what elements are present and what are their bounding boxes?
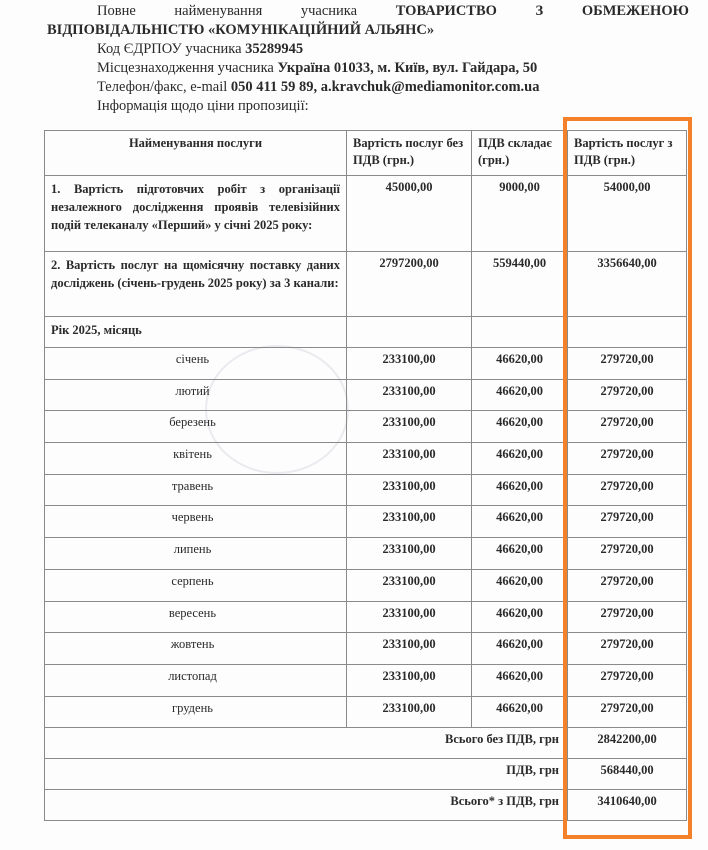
total-value: 568440,00 — [568, 759, 687, 790]
table-row-total: Всього* з ПДВ, грн3410640,00 — [45, 790, 687, 821]
month-net: 233100,00 — [347, 569, 472, 601]
month-vat: 46620,00 — [472, 696, 568, 728]
month-vat: 46620,00 — [472, 569, 568, 601]
month-gross: 279720,00 — [568, 601, 687, 633]
location-value: Україна 01033, м. Київ, вул. Гайдара, 50 — [277, 60, 537, 76]
month-vat: 46620,00 — [472, 506, 568, 538]
table-row-month: травень233100,0046620,00279720,00 — [45, 474, 687, 506]
full-name-line-1: Повне найменування учасника ТОВАРИСТВО З… — [97, 2, 689, 21]
service-name: 2. Вартість послуг на щомісячну поставку… — [45, 252, 347, 317]
month-vat: 46620,00 — [472, 664, 568, 696]
month-net: 233100,00 — [347, 633, 472, 665]
month-gross: 279720,00 — [568, 538, 687, 570]
table-row-month: січень233100,0046620,00279720,00 — [45, 348, 687, 380]
table-row-month: червень233100,0046620,00279720,00 — [45, 506, 687, 538]
month-net: 233100,00 — [347, 506, 472, 538]
month-name: липень — [45, 538, 347, 570]
service-net: 2797200,00 — [347, 252, 472, 317]
month-net: 233100,00 — [347, 474, 472, 506]
full-name-value-word: ТОВАРИСТВО — [396, 2, 497, 21]
table-row-month: квітень233100,0046620,00279720,00 — [45, 443, 687, 475]
month-net: 233100,00 — [347, 411, 472, 443]
month-gross: 279720,00 — [568, 696, 687, 728]
month-gross: 279720,00 — [568, 569, 687, 601]
year-label: Рік 2025, місяць — [45, 317, 347, 348]
service-vat: 9000,00 — [472, 176, 568, 252]
month-gross: 279720,00 — [568, 506, 687, 538]
full-name-label-word: учасника — [301, 2, 357, 21]
table-row-month: лютий233100,0046620,00279720,00 — [45, 379, 687, 411]
price-info-label: Інформація щодо ціни пропозиції: — [97, 97, 309, 116]
month-vat: 46620,00 — [472, 601, 568, 633]
month-net: 233100,00 — [347, 664, 472, 696]
total-label: ПДВ, грн — [45, 759, 568, 790]
full-name-value-word: З — [536, 2, 544, 21]
empty-cell — [472, 317, 568, 348]
empty-cell — [347, 317, 472, 348]
edrpou-label: Код ЄДРПОУ учасника — [97, 41, 245, 57]
month-gross: 279720,00 — [568, 379, 687, 411]
table-row-month: листопад233100,0046620,00279720,00 — [45, 664, 687, 696]
month-name: січень — [45, 348, 347, 380]
month-name: лютий — [45, 379, 347, 411]
month-vat: 46620,00 — [472, 348, 568, 380]
month-gross: 279720,00 — [568, 664, 687, 696]
month-name: вересень — [45, 601, 347, 633]
service-vat: 559440,00 — [472, 252, 568, 317]
table-header-row: Найменування послуги Вартість послуг без… — [45, 131, 687, 176]
empty-cell — [568, 317, 687, 348]
table-row-total: ПДВ, грн568440,00 — [45, 759, 687, 790]
service-name: 1. Вартість підготовчих робіт з організа… — [45, 176, 347, 252]
month-gross: 279720,00 — [568, 348, 687, 380]
month-vat: 46620,00 — [472, 411, 568, 443]
table-row-month: вересень233100,0046620,00279720,00 — [45, 601, 687, 633]
month-gross: 279720,00 — [568, 443, 687, 475]
month-vat: 46620,00 — [472, 538, 568, 570]
table-row-month: грудень233100,0046620,00279720,00 — [45, 696, 687, 728]
table-row-month: серпень233100,0046620,00279720,00 — [45, 569, 687, 601]
col-header-gross: Вартість послуг з ПДВ (грн.) — [568, 131, 687, 176]
month-vat: 46620,00 — [472, 379, 568, 411]
month-name: березень — [45, 411, 347, 443]
service-gross: 54000,00 — [568, 176, 687, 252]
edrpou-line: Код ЄДРПОУ учасника 35289945 — [97, 40, 303, 59]
month-net: 233100,00 — [347, 696, 472, 728]
total-value: 3410640,00 — [568, 790, 687, 821]
service-gross: 3356640,00 — [568, 252, 687, 317]
month-name: червень — [45, 506, 347, 538]
full-name-label-word: Повне — [97, 2, 136, 21]
full-name-value: ВІДПОВІДАЛЬНІСТЮ «КОМУНІКАЦІЙНИЙ АЛЬЯНС» — [47, 22, 434, 38]
edrpou-value: 35289945 — [245, 41, 303, 57]
month-net: 233100,00 — [347, 379, 472, 411]
month-gross: 279720,00 — [568, 411, 687, 443]
month-net: 233100,00 — [347, 538, 472, 570]
table-row-year: Рік 2025, місяць — [45, 317, 687, 348]
total-label: Всього без ПДВ, грн — [45, 728, 568, 759]
month-gross: 279720,00 — [568, 633, 687, 665]
month-name: листопад — [45, 664, 347, 696]
month-name: травень — [45, 474, 347, 506]
location-line: Місцезнаходження учасника Україна 01033,… — [97, 59, 537, 78]
month-name: квітень — [45, 443, 347, 475]
month-net: 233100,00 — [347, 601, 472, 633]
contact-label: Телефон/факс, e-mail — [97, 79, 231, 95]
col-header-service-name: Найменування послуги — [45, 131, 347, 176]
month-name: серпень — [45, 569, 347, 601]
month-vat: 46620,00 — [472, 633, 568, 665]
table-row-total: Всього без ПДВ, грн2842200,00 — [45, 728, 687, 759]
month-net: 233100,00 — [347, 348, 472, 380]
table-body: 1. Вартість підготовчих робіт з організа… — [45, 176, 687, 821]
table-row-month: липень233100,0046620,00279720,00 — [45, 538, 687, 570]
full-name-label-word: найменування — [174, 2, 262, 21]
table-row-month: березень233100,0046620,00279720,00 — [45, 411, 687, 443]
month-vat: 46620,00 — [472, 474, 568, 506]
full-name-line-2: ВІДПОВІДАЛЬНІСТЮ «КОМУНІКАЦІЙНИЙ АЛЬЯНС» — [47, 21, 434, 40]
service-net: 45000,00 — [347, 176, 472, 252]
month-name: грудень — [45, 696, 347, 728]
col-header-vat: ПДВ складає (грн.) — [472, 131, 568, 176]
month-net: 233100,00 — [347, 443, 472, 475]
month-gross: 279720,00 — [568, 474, 687, 506]
table-row-month: жовтень233100,0046620,00279720,00 — [45, 633, 687, 665]
total-label: Всього* з ПДВ, грн — [45, 790, 568, 821]
contact-line: Телефон/факс, e-mail 050 411 59 89, a.kr… — [97, 78, 540, 97]
price-table: Найменування послуги Вартість послуг без… — [44, 130, 687, 821]
full-name-value-word: ОБМЕЖЕНОЮ — [582, 2, 689, 21]
total-value: 2842200,00 — [568, 728, 687, 759]
month-name: жовтень — [45, 633, 347, 665]
col-header-net: Вартість послуг без ПДВ (грн.) — [347, 131, 472, 176]
month-vat: 46620,00 — [472, 443, 568, 475]
table-row-service-1: 1. Вартість підготовчих робіт з організа… — [45, 176, 687, 252]
table-row-service-2: 2. Вартість послуг на щомісячну поставку… — [45, 252, 687, 317]
location-label: Місцезнаходження учасника — [97, 60, 277, 76]
contact-value: 050 411 59 89, a.kravchuk@mediamonitor.c… — [231, 79, 540, 95]
